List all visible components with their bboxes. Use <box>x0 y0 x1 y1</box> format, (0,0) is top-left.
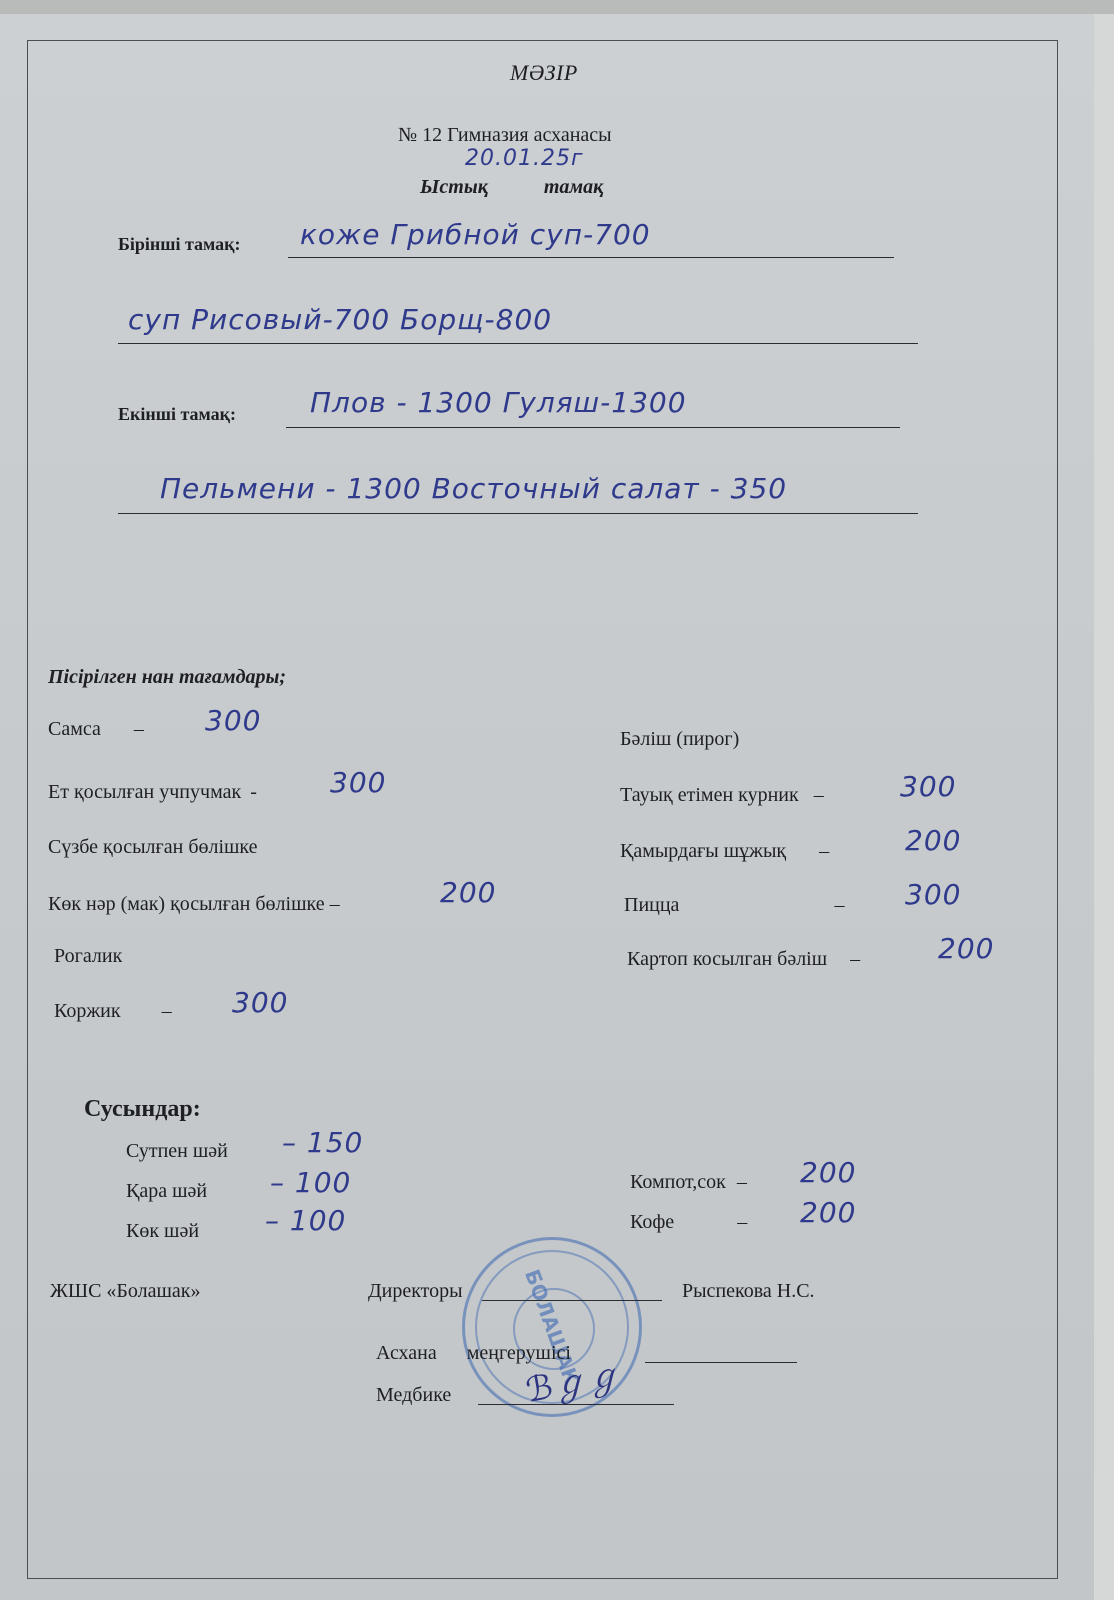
drink-name: Қара шәй <box>126 1180 207 1202</box>
drinks-heading: Сусындар: <box>84 1096 201 1123</box>
drink-price: – 100 <box>270 1166 351 1199</box>
drink-dash: – <box>270 1166 285 1199</box>
drink-name: Компот,сок <box>630 1171 726 1193</box>
pastry-price: 200 <box>938 932 994 965</box>
company-name: ЖШС «Болашак» <box>50 1280 201 1303</box>
second-course-label: Екінші тамақ: <box>118 404 236 425</box>
pastry-price: 300 <box>900 770 956 803</box>
drink-price-value: 100 <box>290 1204 346 1237</box>
pastry-name: Қамырдағы шұжық <box>620 840 786 862</box>
pastry-price: 300 <box>905 878 961 911</box>
drink-name: Кофе <box>630 1211 674 1233</box>
drink-price-value: 150 <box>307 1126 363 1159</box>
drink-dash: – <box>737 1211 747 1233</box>
section-hot: Ыстық тамақ <box>420 176 603 199</box>
drink-dash: – <box>737 1171 747 1193</box>
second-course-line-1 <box>286 427 900 428</box>
pastry-item: Пицца – <box>624 894 844 917</box>
pastry-price: 200 <box>905 824 961 857</box>
second-course-line-2 <box>118 513 918 514</box>
pastry-name: Картоп косылган бәліш <box>627 948 827 970</box>
pastry-name: Рогалик <box>54 945 122 967</box>
drink-dash: – <box>282 1126 297 1159</box>
pastry-price: 200 <box>440 876 496 909</box>
first-course-line-1 <box>288 257 894 258</box>
pastry-item: Ет қосылған учпучмак - <box>48 781 257 804</box>
menu-date: 20.01.25г <box>465 146 584 171</box>
pastry-name: Сүзбе қосылған бөлішке <box>48 836 258 858</box>
drink-item: Кофе – <box>630 1211 747 1234</box>
pastry-item: Көк нәр (мак) қосылған бөлішке – <box>48 893 340 916</box>
pastry-item: Қамырдағы шұжық – <box>620 840 829 863</box>
drink-dash: – <box>265 1204 280 1237</box>
pastry-item: Рогалик <box>54 945 122 968</box>
drink-price-value: 100 <box>295 1166 351 1199</box>
canteen-head-signature-line <box>645 1362 797 1363</box>
pastry-price: 300 <box>330 766 386 799</box>
second-course-entry-1: Плов - 1300 Гуляш-1300 <box>310 386 687 419</box>
section-hot-word1: Ыстық <box>420 176 488 198</box>
pastry-price: 300 <box>232 986 288 1019</box>
drink-name: Сутпен шәй <box>126 1140 228 1162</box>
pastry-dash: – <box>134 718 144 740</box>
director-label: Директоры <box>368 1280 463 1303</box>
pastry-price: 300 <box>205 704 261 737</box>
pastry-name: Бәліш (пирог) <box>620 728 739 750</box>
second-course-entry-2: Пельмени - 1300 Восточный салат - 350 <box>160 472 787 505</box>
pastry-name: Ет қосылған учпучмак <box>48 781 241 803</box>
first-course-entry-2: суп Рисовый-700 Борщ-800 <box>128 303 552 336</box>
nurse-label: Медбике <box>376 1384 451 1407</box>
menu-title: МӘЗІР <box>510 60 578 86</box>
pastry-name: Самса <box>48 718 101 740</box>
pastry-dash: – <box>330 893 340 915</box>
pastries-heading: Пісірілген нан тағамдары; <box>48 666 286 689</box>
drink-price: – 100 <box>265 1204 346 1237</box>
pastry-item: Бәліш (пирог) <box>620 728 739 751</box>
first-course-entry-1: коже Грибной суп-700 <box>300 218 651 251</box>
pastry-item: Коржик – <box>54 1000 172 1023</box>
pastry-item: Сүзбе қосылған бөлішке <box>48 836 258 859</box>
pastry-name: Коржик <box>54 1000 121 1022</box>
pastry-dash: - <box>250 781 257 803</box>
pastry-name: Тауық етімен курник <box>620 784 799 806</box>
section-hot-word2: тамақ <box>544 176 603 198</box>
drink-item: Сутпен шәй <box>126 1140 228 1163</box>
drink-name: Көк шәй <box>126 1220 199 1242</box>
first-course-label: Бірінші тамақ: <box>118 234 241 255</box>
drink-price: – 150 <box>282 1126 363 1159</box>
director-name: Рыспекова Н.С. <box>682 1280 815 1303</box>
background-strip <box>0 0 1114 14</box>
drink-item: Қара шәй <box>126 1180 207 1203</box>
drink-price: 200 <box>800 1156 856 1189</box>
pastry-item: Самса – <box>48 718 144 741</box>
pastry-dash: – <box>850 948 860 970</box>
pastry-name: Пицца <box>624 894 679 916</box>
drink-item: Компот,сок – <box>630 1171 747 1194</box>
drink-item: Көк шәй <box>126 1220 199 1243</box>
paper-edge <box>1094 14 1114 1600</box>
pastry-dash: – <box>814 784 824 806</box>
pastry-dash: – <box>819 840 829 862</box>
pastry-item: Тауық етімен курник – <box>620 784 824 807</box>
director-signature-line <box>482 1300 662 1301</box>
first-course-line-2 <box>118 343 918 344</box>
pastry-name: Көк нәр (мак) қосылған бөлішке <box>48 893 325 915</box>
drink-price: 200 <box>800 1196 856 1229</box>
pastry-dash: – <box>834 894 844 916</box>
pastry-item: Картоп косылган бәліш – <box>627 948 860 971</box>
nurse-signature-line <box>478 1404 674 1405</box>
canteen-name: № 12 Гимназия асханасы <box>398 124 612 147</box>
pastry-dash: – <box>162 1000 172 1022</box>
